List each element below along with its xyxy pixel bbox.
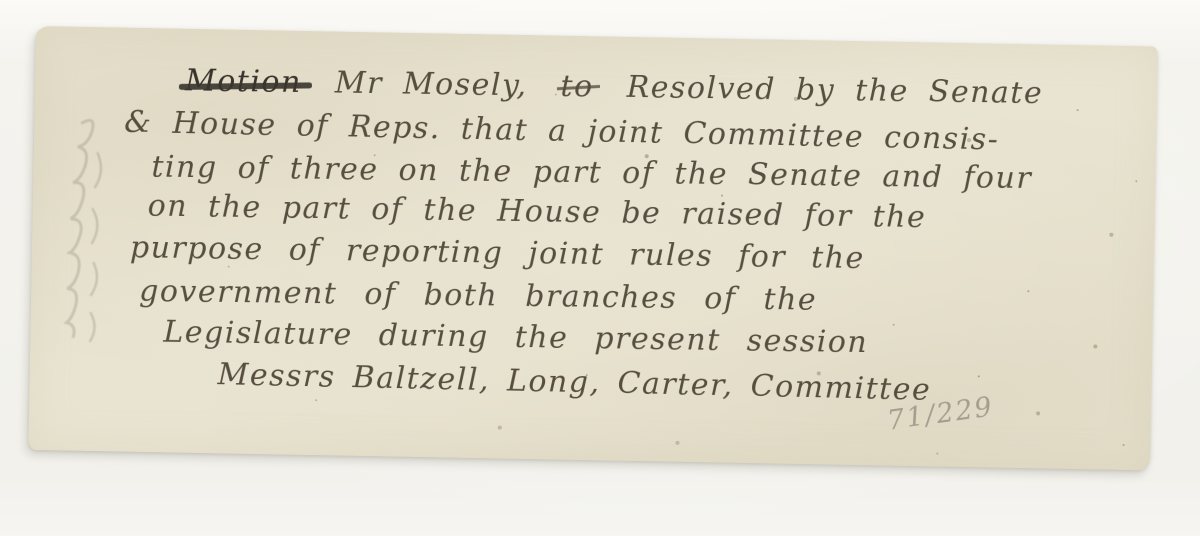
handwritten-text: Mr Mosely, bbox=[335, 65, 528, 103]
handwritten-line-6: government of both branches of the bbox=[139, 277, 830, 316]
handwritten-line-8-signatures: Messrs Baltzell, Long, Carter, Committee bbox=[217, 360, 944, 406]
handwritten-line-2: & House of Reps. that a joint Committee … bbox=[124, 108, 1013, 156]
paper-foxing-speckles bbox=[36, 26, 38, 28]
handwritten-text: on the part of the House be raised for t… bbox=[147, 188, 926, 235]
handwritten-text: ting of three on the part of the Senate … bbox=[151, 149, 1032, 196]
manuscript-paper: Motion Mr Mosely, to Resolved by the Sen… bbox=[28, 26, 1158, 470]
handwritten-line-3: ting of three on the part of the Senate … bbox=[151, 152, 1045, 194]
scanned-document-background: Motion Mr Mosely, to Resolved by the Sen… bbox=[0, 0, 1200, 536]
handwritten-text: Messrs Baltzell, Long, Carter, Committee bbox=[217, 357, 931, 408]
handwritten-text: government of both branches of the bbox=[139, 274, 817, 318]
handwritten-line-4: on the part of the House be raised for t… bbox=[147, 191, 939, 233]
struck-word-motion: Motion bbox=[185, 63, 302, 100]
handwritten-text: Legislature during the present session bbox=[163, 315, 868, 360]
handwritten-text: Resolved by the Senate bbox=[626, 70, 1043, 111]
handwritten-line-5: purpose of reporting joint rules for the bbox=[130, 233, 878, 274]
handwritten-text: purpose of reporting joint rules for the bbox=[130, 230, 865, 276]
handwritten-text: & House of Reps. that a joint Committee … bbox=[124, 105, 1000, 158]
handwritten-line-1: Motion Mr Mosely, to Resolved by the Sen… bbox=[185, 66, 1057, 109]
handwritten-line-7: Legislature during the present session bbox=[163, 318, 881, 359]
struck-word-to: to bbox=[560, 69, 594, 104]
margin-pencil-scribble bbox=[35, 112, 141, 424]
